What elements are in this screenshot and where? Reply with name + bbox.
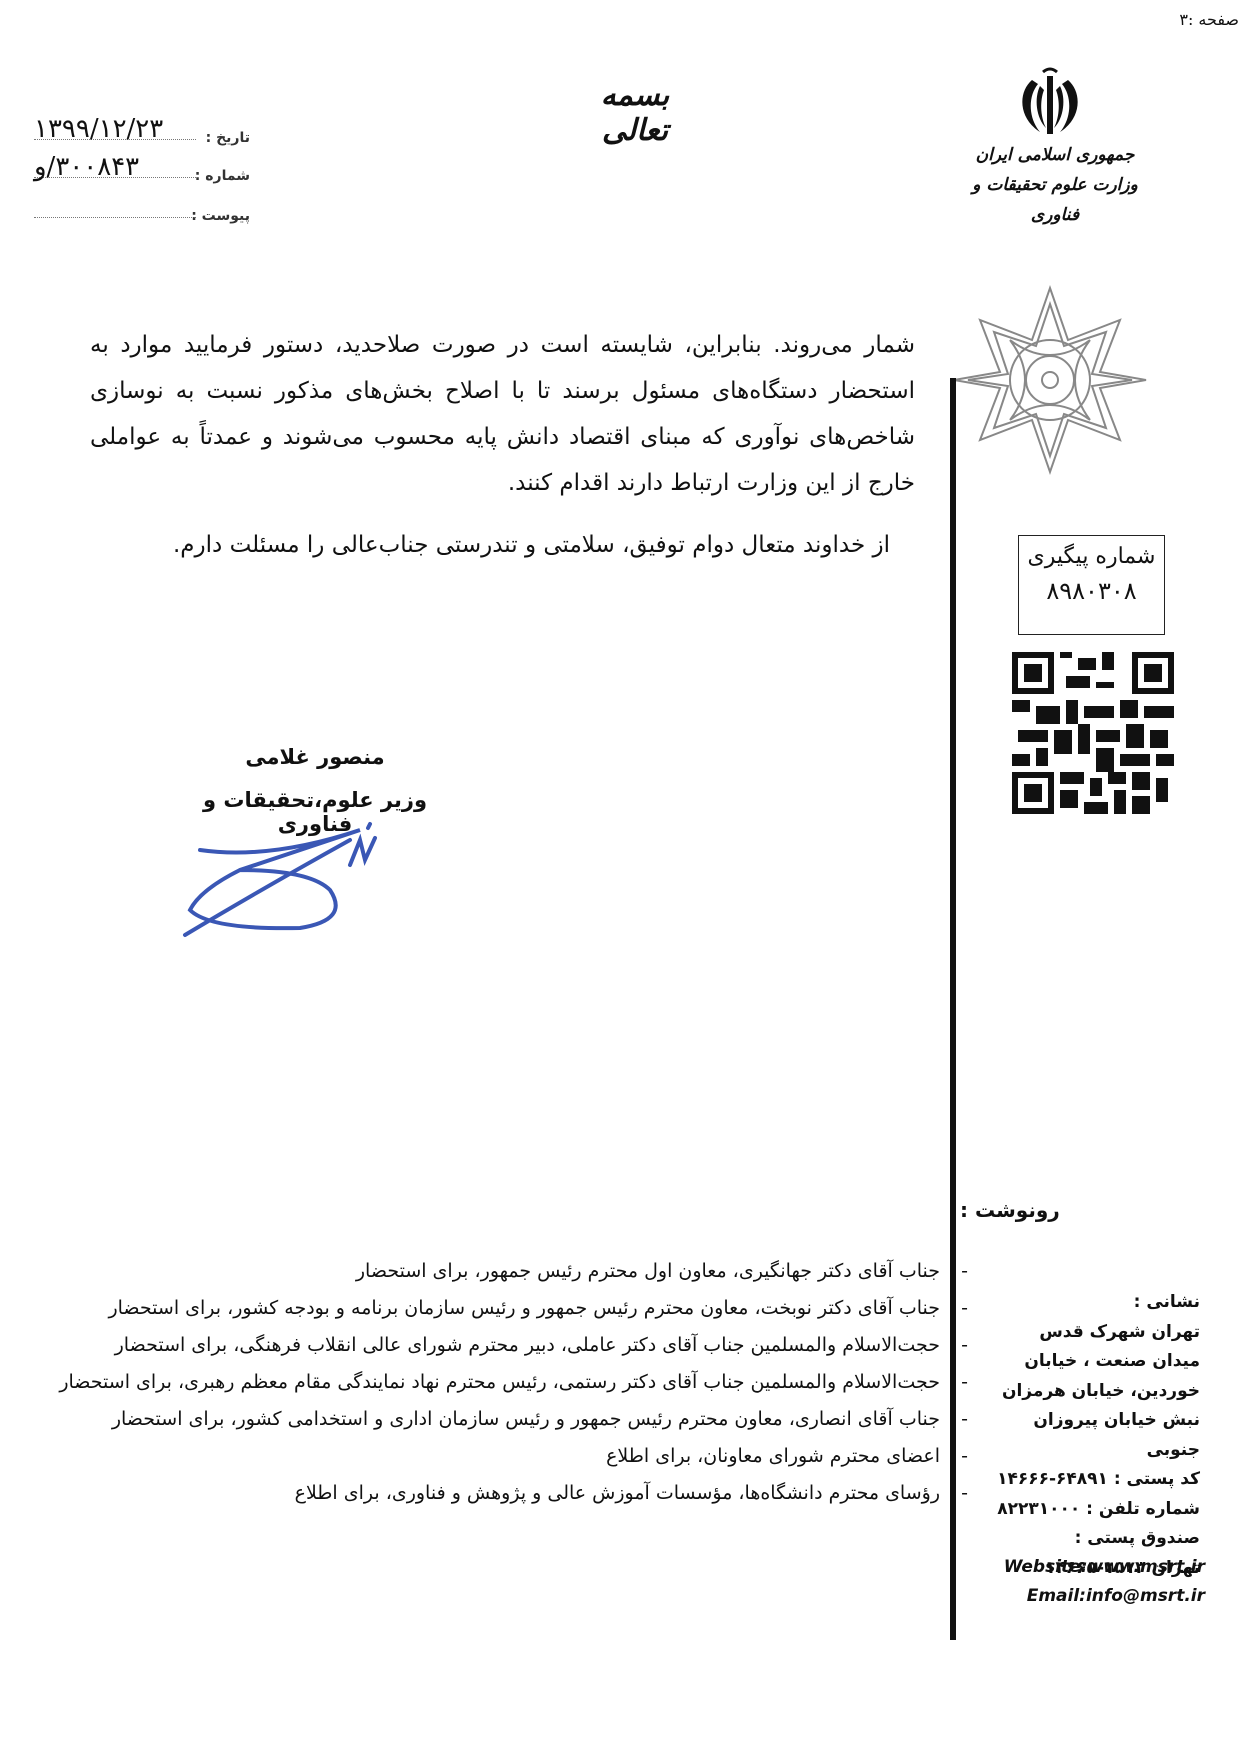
tracking-number: ۸۹۸۰۳۰۸ (1019, 577, 1164, 605)
bismillah-heading: بسمه تعالی (580, 78, 690, 148)
attachment-field: پیوست : (30, 190, 250, 226)
ministry-address: نشانی : تهران شهرک قدس میدان صنعت ، خیاب… (985, 1288, 1200, 1583)
date-value: ۱۳۹۹/۱۲/۲۳ (34, 114, 163, 144)
contact-web: Website:www.msrt.ir Email:info@msrt.ir (985, 1553, 1205, 1611)
tracking-number-box: شماره پیگیری ۸۹۸۰۳۰۸ (1018, 535, 1165, 635)
cc-list-item: -اعضای محترم شورای معاونان، برای اطلاع (80, 1443, 968, 1480)
cc-list: -جناب آقای دکتر جهانگیری، معاون اول محتر… (80, 1258, 968, 1517)
date-field: ۱۳۹۹/۱۲/۲۳ تاریخ : (30, 112, 250, 148)
qr-code-icon (1012, 652, 1174, 814)
dash-bullet: - (961, 1260, 968, 1282)
handwritten-signature-icon (180, 810, 440, 940)
attachment-label: پیوست : (191, 208, 250, 224)
address-line: تهران شهرک قدس (985, 1318, 1200, 1348)
website-link[interactable]: Website:www.msrt.ir (985, 1553, 1205, 1582)
cc-list-item: -جناب آقای انصاری، معاون محترم رئیس جمهو… (80, 1406, 968, 1443)
ministry-name: جمهوری اسلامی ایران وزارت علوم تحقیقات و… (950, 140, 1160, 230)
dash-bullet: - (961, 1482, 968, 1504)
address-line: نشانی : (985, 1288, 1200, 1318)
dash-bullet: - (961, 1297, 968, 1319)
cc-list-item: -جناب آقای دکتر نوبخت، معاون محترم رئیس … (80, 1295, 968, 1332)
postal-code: کد پستی : ۶۴۸۹۱-۱۴۶۶۶ (985, 1465, 1200, 1495)
signer-name: منصور غلامی (230, 745, 400, 769)
dash-bullet: - (961, 1371, 968, 1393)
tracking-label: شماره پیگیری (1019, 544, 1164, 569)
address-line: میدان صنعت ، خیابان (985, 1347, 1200, 1377)
email-link[interactable]: Email:info@msrt.ir (985, 1582, 1205, 1611)
cc-list-item: -حجت‌الاسلام والمسلمین جناب آقای دکتر عا… (80, 1332, 968, 1369)
letter-closing: از خداوند متعال دوام توفیق، سلامتی و تند… (90, 532, 890, 558)
islamic-ornament-icon (950, 280, 1150, 480)
date-label: تاریخ : (206, 130, 250, 146)
cc-list-item: -جناب آقای دکتر جهانگیری، معاون اول محتر… (80, 1258, 968, 1295)
address-line: نبش خیابان پیروزان جنوبی (985, 1406, 1200, 1465)
letter-body: شمار می‌روند. بنابراین، شایسته است در صو… (90, 322, 915, 506)
ministry-line-1: جمهوری اسلامی ایران (950, 140, 1160, 170)
cc-heading: رونوشت : (960, 1198, 1060, 1222)
iran-emblem-icon (1010, 62, 1090, 142)
page-number: صفحه :۳ (1179, 10, 1239, 29)
dotted-line (34, 217, 196, 218)
cc-list-item: -رؤسای محترم دانشگاه‌ها، مؤسسات آموزش عا… (80, 1480, 968, 1517)
dash-bullet: - (961, 1408, 968, 1430)
number-label: شماره : (195, 168, 250, 184)
cc-list-item: -حجت‌الاسلام والمسلمین جناب آقای دکتر رس… (80, 1369, 968, 1406)
ministry-line-2: وزارت علوم تحقیقات و فناوری (950, 170, 1160, 230)
dash-bullet: - (961, 1445, 968, 1467)
po-box-label: صندوق پستی : (985, 1524, 1200, 1554)
phone-number: شماره تلفن : ۸۲۲۳۱۰۰۰ (985, 1495, 1200, 1525)
dash-bullet: - (961, 1334, 968, 1356)
number-field: ۳۰۰۸۴۳/و شماره : (30, 150, 250, 186)
number-value: ۳۰۰۸۴۳/و (34, 152, 139, 182)
address-line: خوردین، خیابان هرمزان (985, 1377, 1200, 1407)
